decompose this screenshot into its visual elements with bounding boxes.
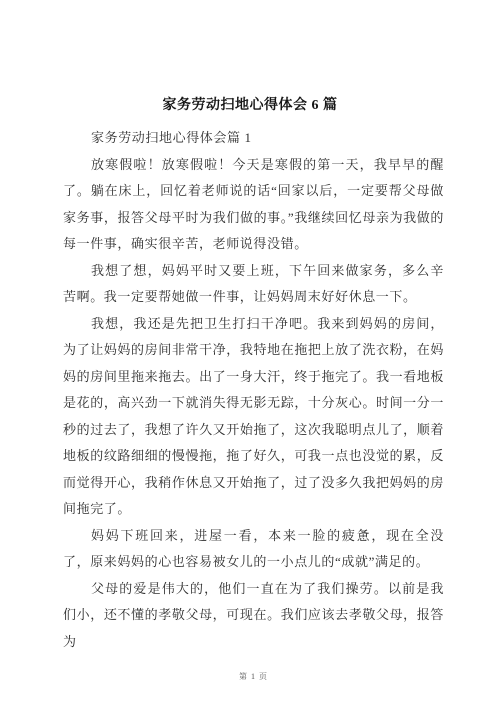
document-title: 家务劳动扫地心得体会 6 篇 — [0, 0, 500, 114]
paragraph-3: 我想，我还是先把卫生打扫干净吧。我来到妈妈的房间，为了让妈妈的房间非常干净，我特… — [63, 311, 444, 523]
paragraph-1: 放寒假啦！放寒假啦！今天是寒假的第一天，我早早的醒了。躺在床上，回忆着老师说的话… — [63, 152, 444, 258]
paragraph-5: 父母的爱是伟大的，他们一直在为了我们操劳。以前是我们小，还不懂的孝敬父母，可现在… — [63, 576, 444, 656]
paragraph-4: 妈妈下班回来，进屋一看，本来一脸的疲惫，现在全没了，原来妈妈的心也容易被女儿的一… — [63, 523, 444, 576]
document-page: 家务劳动扫地心得体会 6 篇 家务劳动扫地心得体会篇 1 放寒假啦！放寒假啦！今… — [0, 0, 500, 707]
page-number: 第 1 页 — [63, 672, 444, 682]
document-body: 家务劳动扫地心得体会篇 1 放寒假啦！放寒假啦！今天是寒假的第一天，我早早的醒了… — [63, 125, 444, 655]
paragraph-2: 我想了想，妈妈平时又要上班，下午回来做家务，多么辛苦啊。我一定要帮她做一件事，让… — [63, 258, 444, 311]
section-heading: 家务劳动扫地心得体会篇 1 — [63, 125, 444, 152]
